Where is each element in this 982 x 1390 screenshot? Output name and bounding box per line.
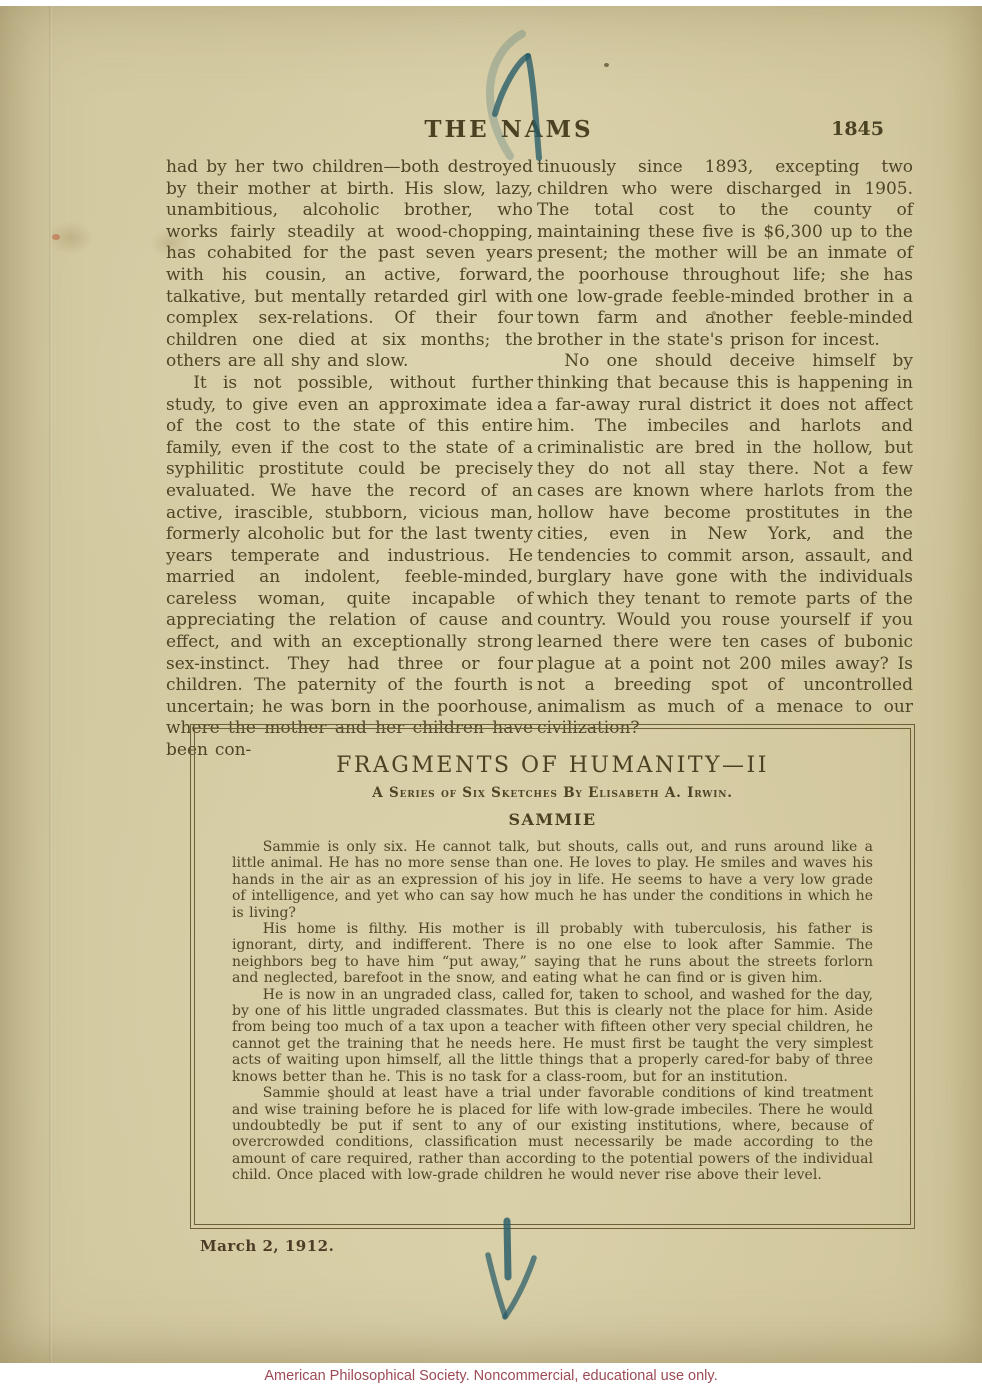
date-line: March 2, 1912. — [200, 1237, 334, 1255]
paper-sheet: THE NAMS 1845 had by her two children—bo… — [0, 6, 982, 1363]
left-column-paragraph: It is not possible, without further stud… — [166, 373, 533, 762]
page-title: THE NAMS — [166, 116, 852, 143]
fragments-box: FRAGMENTS OF HUMANITY—II A Series of Six… — [190, 724, 915, 1229]
box-byline: A Series of Six Sketches By Elisabeth A.… — [195, 785, 910, 801]
left-column: had by her two children—both destroyed b… — [166, 157, 533, 762]
footer: American Philosophical Society. Noncomme… — [0, 1363, 982, 1390]
box-paragraph: He is now in an ungraded class, called f… — [232, 987, 873, 1085]
footer-credit: American Philosophical Society. Noncomme… — [0, 1363, 982, 1389]
box-paragraph: Sammie should at least have a trial unde… — [232, 1085, 873, 1183]
box-body: Sammie is only six. He cannot talk, but … — [232, 839, 873, 1184]
fragments-box-inner: FRAGMENTS OF HUMANITY—II A Series of Six… — [194, 728, 911, 1225]
page-number: 1845 — [831, 118, 884, 140]
box-subtitle: SAMMIE — [195, 810, 910, 829]
box-title: FRAGMENTS OF HUMANITY—II — [195, 753, 910, 778]
binding-crease — [49, 6, 52, 1363]
scanned-page: THE NAMS 1845 had by her two children—bo… — [0, 0, 982, 1390]
box-paragraph: His home is filthy. His mother is ill pr… — [232, 921, 873, 987]
right-column-paragraph: No one should deceive himself by thinkin… — [537, 351, 913, 740]
right-column-paragraph: tinuously since 1893, excepting two chil… — [537, 157, 913, 351]
right-column: tinuously since 1893, excepting two chil… — [537, 157, 913, 740]
left-column-paragraph: had by her two children—both destroyed b… — [166, 157, 533, 373]
box-paragraph: Sammie is only six. He cannot talk, but … — [232, 839, 873, 921]
